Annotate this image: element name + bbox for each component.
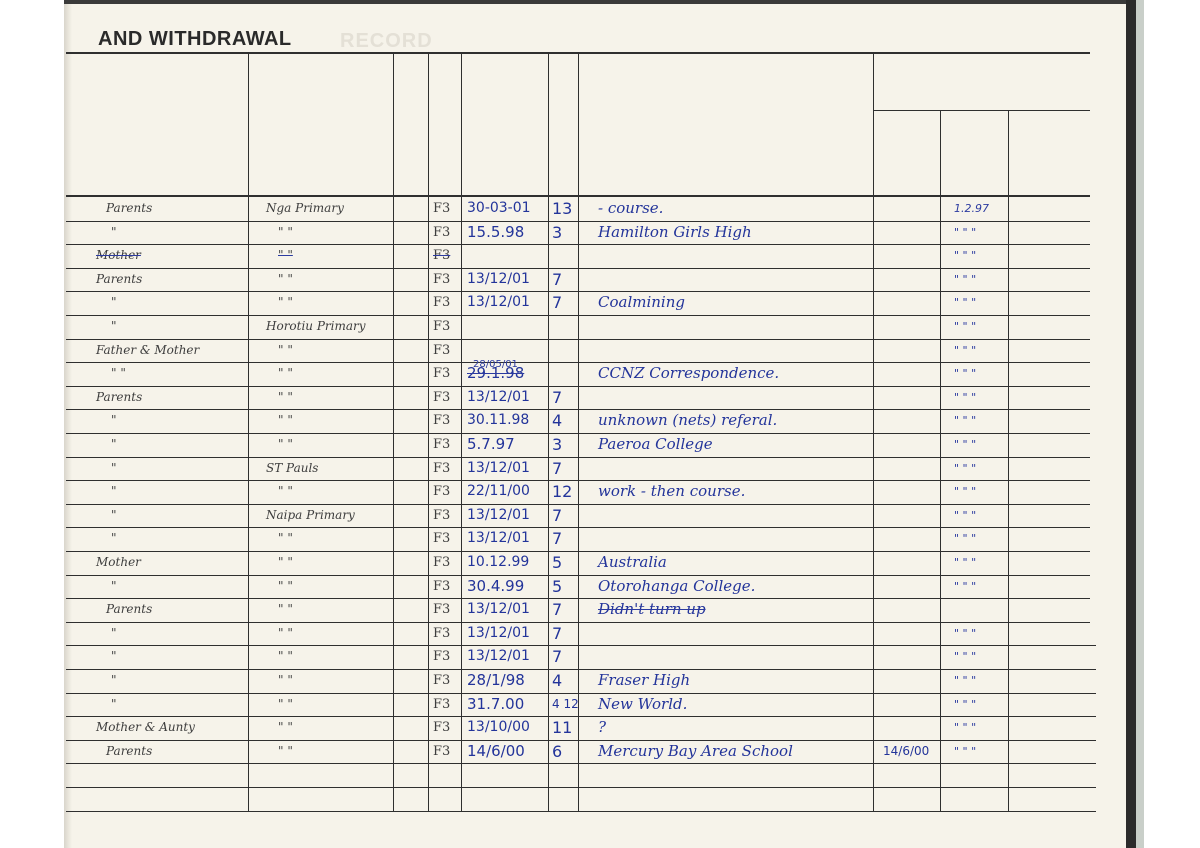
- class-on-admission-cell: F3: [433, 480, 450, 503]
- show-through-title: RECORD: [340, 30, 433, 53]
- destination-cell: unknown (nets) referal.: [598, 409, 777, 432]
- destination-cell: CCNZ Correspondence.: [598, 362, 779, 385]
- destination-cell: Coalmining: [598, 291, 685, 314]
- class-on-admission-cell: F3: [433, 268, 450, 291]
- row-rule: [66, 291, 1090, 292]
- book-cover-edge: [1126, 0, 1136, 848]
- record-received-cell: " " ": [954, 244, 976, 267]
- destination-cell: New World.: [598, 693, 687, 716]
- row-rule: [66, 575, 1090, 576]
- row-rule: [66, 669, 1096, 670]
- relationship-cell: ": [111, 693, 117, 716]
- class-at-withdrawal-cell: 11: [552, 716, 572, 739]
- column-rule: [248, 52, 249, 811]
- class-at-withdrawal-cell: 7: [552, 622, 562, 645]
- row-rule: [66, 244, 1090, 245]
- relationship-cell: Parents: [106, 740, 152, 763]
- class-on-admission-cell: F3: [433, 622, 450, 645]
- record-received-cell: " " ": [954, 740, 976, 763]
- class-on-admission-cell: F3: [433, 645, 450, 668]
- record-received-cell: " " ": [954, 362, 976, 385]
- relationship-cell: " ": [111, 362, 126, 385]
- last-day-correction: 28/05/01: [473, 353, 518, 376]
- class-at-withdrawal-cell: 7: [552, 457, 562, 480]
- last-day-cell: 30.11.98: [467, 409, 529, 432]
- class-at-withdrawal-cell: 7: [552, 598, 562, 621]
- class-on-admission-cell: F3: [433, 551, 450, 574]
- last-day-cell: 13/10/00: [467, 716, 530, 739]
- class-on-admission-cell: F3: [433, 244, 450, 267]
- column-rule: [940, 110, 941, 811]
- record-requested-cell: 14/6/00: [883, 740, 929, 763]
- record-received-cell: " " ": [954, 409, 976, 432]
- row-rule: [66, 551, 1090, 552]
- last-school-cell: " ": [278, 622, 293, 645]
- header-classification-on-admission: [434, 73, 456, 193]
- record-received-cell: " " ": [954, 504, 976, 527]
- class-at-withdrawal-cell: 3: [552, 221, 562, 244]
- row-rule: [66, 386, 1090, 387]
- last-day-cell: 22/11/00: [467, 480, 530, 503]
- class-on-admission-cell: F3: [433, 291, 450, 314]
- relationship-cell: Mother & Aunty: [96, 716, 195, 739]
- relationship-cell: ": [111, 575, 117, 598]
- relationship-cell: ": [111, 433, 117, 456]
- destination-cell: Hamilton Girls High: [598, 221, 752, 244]
- column-rule: [548, 52, 549, 811]
- relationship-cell: ": [111, 480, 117, 503]
- last-school-cell: " ": [278, 409, 293, 432]
- last-school-cell: " ": [278, 527, 293, 550]
- relationship-cell: Parents: [96, 268, 142, 291]
- destination-cell: Didn't turn up: [598, 598, 706, 621]
- page-gutter: [64, 0, 72, 848]
- destination-cell: Otorohanga College.: [598, 575, 755, 598]
- record-received-cell: " " ": [954, 457, 976, 480]
- destination-cell: Mercury Bay Area School: [598, 740, 793, 763]
- column-rule: [1008, 110, 1009, 811]
- relationship-cell: ": [111, 645, 117, 668]
- last-school-cell: " ": [278, 433, 293, 456]
- relationship-cell: ": [111, 504, 117, 527]
- row-rule: [66, 457, 1090, 458]
- class-on-admission-cell: F3: [433, 362, 450, 385]
- last-day-cell: 13/12/01: [467, 598, 530, 621]
- class-on-admission-cell: F3: [433, 221, 450, 244]
- row-rule: [66, 339, 1090, 340]
- last-school-cell: " ": [278, 575, 293, 598]
- class-at-withdrawal-cell: 5: [552, 551, 562, 574]
- record-received-cell: " " ": [954, 268, 976, 291]
- record-received-cell: " " ": [954, 291, 976, 314]
- row-rule: [66, 716, 1096, 717]
- row-rule: [66, 787, 1096, 788]
- destination-cell: work - then course.: [598, 480, 745, 503]
- last-day-cell: 13/12/01: [467, 291, 530, 314]
- row-rule: [66, 527, 1090, 528]
- class-on-admission-cell: F3: [433, 409, 450, 432]
- last-day-cell: 28/1/98: [467, 669, 525, 692]
- relationship-cell: ": [111, 622, 117, 645]
- last-school-cell: " ": [278, 221, 293, 244]
- last-day-cell: 13/12/01: [467, 527, 530, 550]
- destination-cell: Australia: [598, 551, 667, 574]
- class-on-admission-cell: F3: [433, 315, 450, 338]
- destination-cell: Paeroa College: [598, 433, 713, 456]
- relationship-cell: Mother: [96, 244, 141, 267]
- last-day-cell: 13/12/01: [467, 268, 530, 291]
- last-school-cell: " ": [278, 362, 293, 385]
- last-school-cell: " ": [278, 291, 293, 314]
- record-received-cell: 1.2.97: [954, 197, 989, 220]
- class-on-admission-cell: F3: [433, 386, 450, 409]
- record-received-cell: " " ": [954, 716, 976, 739]
- page-title: AND WITHDRAWAL: [98, 28, 292, 51]
- relationship-cell: Parents: [96, 386, 142, 409]
- class-at-withdrawal-cell: 6: [552, 740, 562, 763]
- record-received-cell: " " ": [954, 645, 976, 668]
- destination-cell: ?: [598, 716, 606, 739]
- class-at-withdrawal-cell: 13: [552, 197, 572, 220]
- record-received-cell: " " ": [954, 433, 976, 456]
- class-at-withdrawal-cell: 7: [552, 504, 562, 527]
- row-rule: [66, 645, 1096, 646]
- book-spine-edge: [1136, 0, 1144, 848]
- class-at-withdrawal-cell: 3: [552, 433, 562, 456]
- relationship-cell: ": [111, 409, 117, 432]
- last-school-cell: " ": [278, 598, 293, 621]
- class-on-admission-cell: F3: [433, 693, 450, 716]
- destination-cell: Fraser High: [598, 669, 690, 692]
- relationship-cell: Parents: [106, 197, 152, 220]
- last-day-cell: 13/12/01: [467, 457, 530, 480]
- last-school-cell: " ": [278, 740, 293, 763]
- record-received-cell: " " ": [954, 315, 976, 338]
- last-day-cell: 13/12/01: [467, 504, 530, 527]
- last-school-cell: " ": [278, 339, 293, 362]
- class-at-withdrawal-cell: 7: [552, 527, 562, 550]
- relationship-cell: ": [111, 669, 117, 692]
- column-rule: [428, 52, 429, 811]
- relationship-cell: ": [111, 315, 117, 338]
- last-day-cell: 14/6/00: [467, 740, 525, 763]
- last-day-cell: 5.7.97: [467, 433, 515, 456]
- last-school-cell: Nga Primary: [266, 197, 344, 220]
- class-at-withdrawal-cell: 7: [552, 386, 562, 409]
- last-school-cell: " ": [278, 551, 293, 574]
- class-on-admission-cell: F3: [433, 504, 450, 527]
- class-at-withdrawal-cell: 7: [552, 268, 562, 291]
- row-rule: [66, 315, 1090, 316]
- class-at-withdrawal-cell: 12: [552, 480, 572, 503]
- row-rule: [66, 622, 1090, 623]
- row-rule: [66, 740, 1096, 741]
- row-rule: [66, 693, 1096, 694]
- class-on-admission-cell: F3: [433, 669, 450, 692]
- record-received-cell: " " ": [954, 527, 976, 550]
- record-received-cell: " " ": [954, 693, 976, 716]
- row-rule: [66, 480, 1090, 481]
- relationship-cell: ": [111, 527, 117, 550]
- class-on-admission-cell: F3: [433, 339, 450, 362]
- record-received-cell: " " ": [954, 551, 976, 574]
- class-at-withdrawal-cell: 7: [552, 645, 562, 668]
- record-received-cell: " " ": [954, 339, 976, 362]
- last-school-cell: ST Pauls: [266, 457, 318, 480]
- last-school-cell: " ": [278, 268, 293, 291]
- last-school-cell: " ": [278, 645, 293, 668]
- class-on-admission-cell: F3: [433, 740, 450, 763]
- last-day-cell: 15.5.98: [467, 221, 524, 244]
- relationship-cell: ": [111, 291, 117, 314]
- last-school-cell: " ": [278, 716, 293, 739]
- last-school-cell: Naipa Primary: [266, 504, 355, 527]
- class-at-withdrawal-cell: 4: [552, 669, 562, 692]
- relationship-cell: Mother: [96, 551, 141, 574]
- row-rule: [66, 504, 1090, 505]
- class-on-admission-cell: F3: [433, 575, 450, 598]
- last-day-cell: 13/12/01: [467, 386, 530, 409]
- class-on-admission-cell: F3: [433, 716, 450, 739]
- last-day-cell: 13/12/01: [467, 622, 530, 645]
- page-top-edge: [64, 0, 1130, 4]
- record-received-cell: " " ": [954, 221, 976, 244]
- column-rule: [873, 52, 874, 811]
- class-on-admission-cell: F3: [433, 197, 450, 220]
- last-day-cell: 10.12.99: [467, 551, 529, 574]
- record-received-cell: " " ": [954, 480, 976, 503]
- last-day-cell: 13/12/01: [467, 645, 530, 668]
- last-day-cell: 31.7.00: [467, 693, 524, 716]
- relationship-cell: ": [111, 221, 117, 244]
- column-rule: [461, 52, 462, 811]
- last-school-cell: Horotiu Primary: [266, 315, 366, 338]
- column-rule: [393, 52, 394, 811]
- class-at-withdrawal-cell: 7: [552, 291, 562, 314]
- header-class-recommended: [400, 73, 422, 193]
- last-day-cell: 30.4.99: [467, 575, 524, 598]
- record-received-cell: " " ": [954, 622, 976, 645]
- last-school-cell: " ": [278, 386, 293, 409]
- row-rule: [66, 598, 1090, 599]
- last-school-cell: " ": [278, 669, 293, 692]
- record-received-cell: " " ": [954, 669, 976, 692]
- row-rule: [66, 409, 1090, 410]
- class-at-withdrawal-cell: 4 12: [552, 693, 579, 716]
- header-classification-at-withdrawal: [552, 73, 574, 193]
- relationship-cell: ": [111, 457, 117, 480]
- last-school-cell: " ": [278, 693, 293, 716]
- class-on-admission-cell: F3: [433, 598, 450, 621]
- class-at-withdrawal-cell: 4: [552, 409, 562, 432]
- last-day-cell: 30-03-01: [467, 197, 531, 220]
- relationship-cell: Parents: [106, 598, 152, 621]
- destination-cell: - course.: [598, 197, 663, 220]
- class-on-admission-cell: F3: [433, 457, 450, 480]
- last-school-cell: " ": [278, 244, 293, 267]
- row-rule: [66, 221, 1090, 222]
- row-rule: [66, 811, 1096, 812]
- class-on-admission-cell: F3: [433, 527, 450, 550]
- record-received-cell: " " ": [954, 386, 976, 409]
- record-card-subheader-rule: [873, 110, 1090, 111]
- record-received-cell: " " ": [954, 575, 976, 598]
- class-on-admission-cell: F3: [433, 433, 450, 456]
- row-rule: [66, 763, 1096, 764]
- relationship-cell: Father & Mother: [96, 339, 199, 362]
- row-rule: [66, 268, 1090, 269]
- class-at-withdrawal-cell: 5: [552, 575, 562, 598]
- row-rule: [66, 362, 1090, 363]
- row-rule: [66, 433, 1090, 434]
- last-school-cell: " ": [278, 480, 293, 503]
